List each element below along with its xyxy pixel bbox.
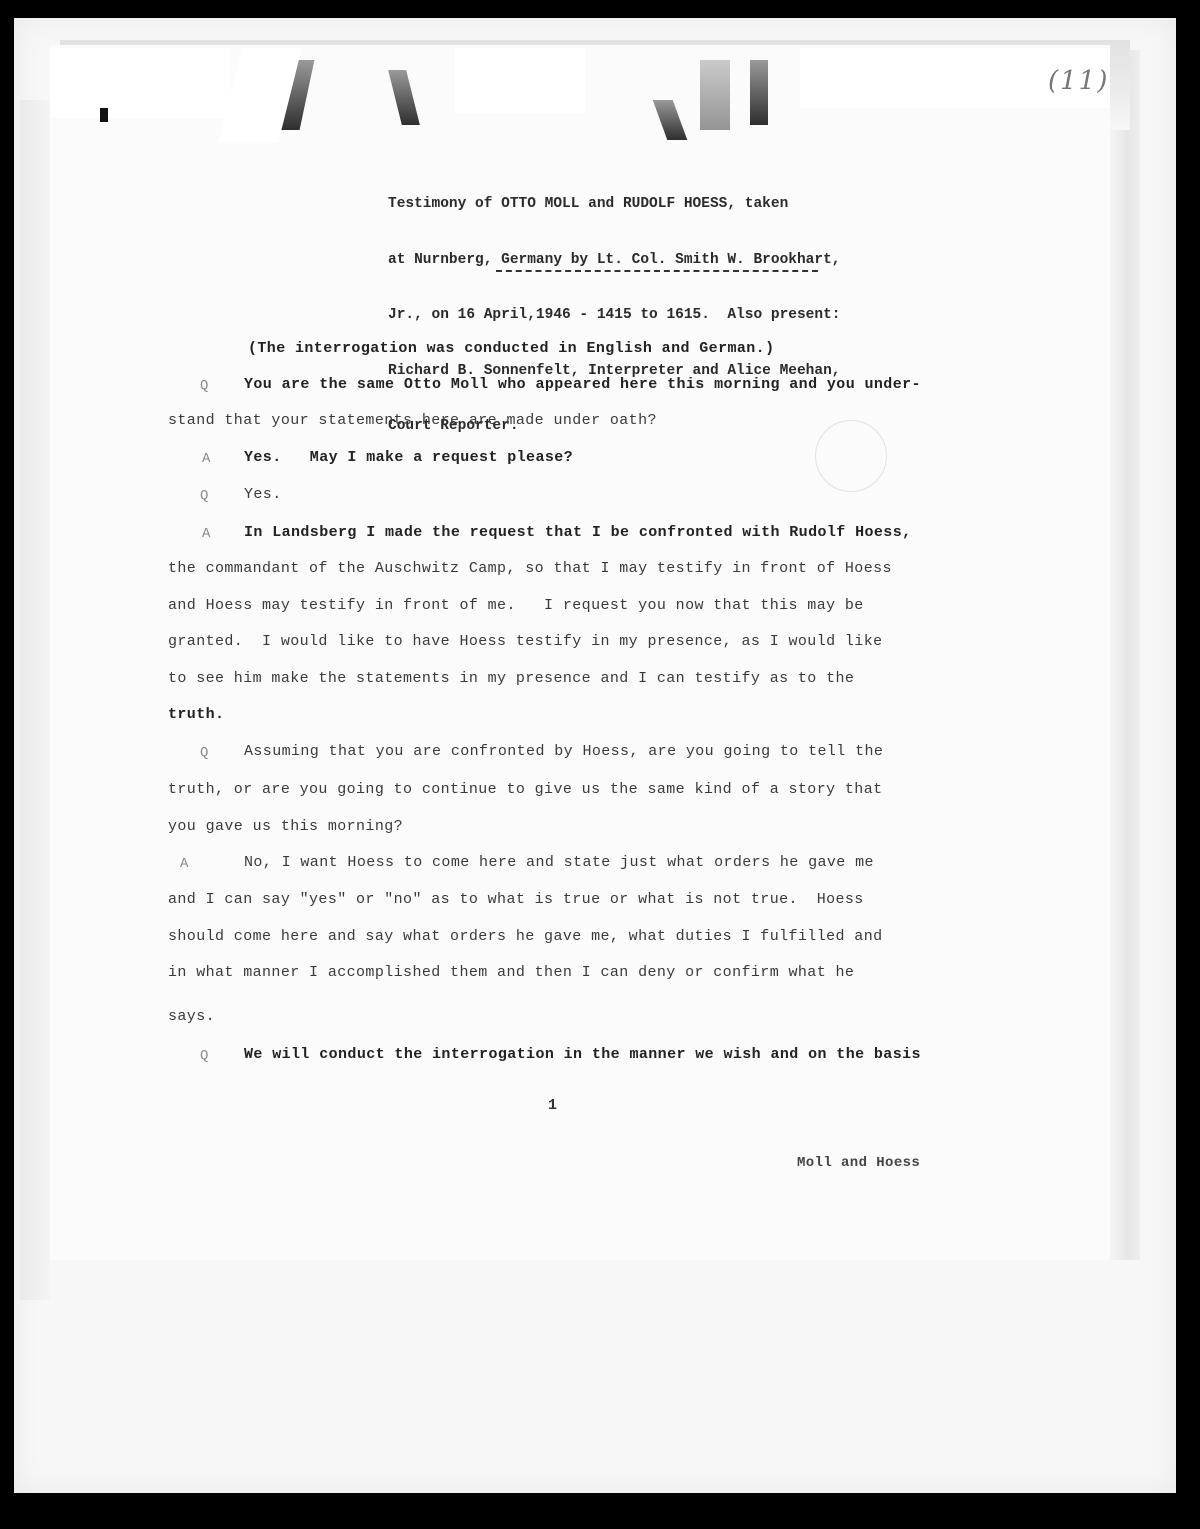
archive-stamp xyxy=(815,420,887,492)
handwritten-page-mark: (11) xyxy=(1048,66,1109,96)
speaker-label-a: A xyxy=(202,451,210,467)
speaker-label-q: Q xyxy=(200,488,208,504)
page-left-shadow xyxy=(20,100,50,1300)
transcript-line: truth. xyxy=(168,706,224,723)
transcript-line: and Hoess may testify in front of me. I … xyxy=(168,597,864,614)
torn-edge-shadow xyxy=(700,60,730,130)
transcript-line: We will conduct the interrogation in the… xyxy=(244,1046,921,1063)
footer-label: Moll and Hoess xyxy=(797,1155,920,1171)
header-line: Testimony of OTTO MOLL and RUDOLF HOESS,… xyxy=(388,195,988,214)
margin-tape-mark xyxy=(100,108,108,122)
transcript-line: You are the same Otto Moll who appeared … xyxy=(244,376,921,393)
torn-edge xyxy=(50,48,230,118)
transcript-line: the commandant of the Auschwitz Camp, so… xyxy=(168,560,892,577)
transcript-line: Yes. May I make a request please? xyxy=(244,449,573,466)
torn-edge xyxy=(455,48,585,113)
page-number: 1 xyxy=(548,1097,557,1114)
transcript-line: In Landsberg I made the request that I b… xyxy=(244,524,912,541)
transcript-line: you gave us this morning? xyxy=(168,818,403,835)
transcript-line: truth, or are you going to continue to g… xyxy=(168,781,883,798)
speaker-label-q: Q xyxy=(200,378,208,394)
transcript-line: Assuming that you are confronted by Hoes… xyxy=(244,743,883,760)
speaker-label-q: Q xyxy=(200,745,208,761)
transcript-line: stand that your statements here are made… xyxy=(168,412,657,429)
transcript-line: Yes. xyxy=(244,486,282,503)
transcript-line: in what manner I accomplished them and t… xyxy=(168,964,854,981)
speaker-label-a: A xyxy=(202,526,210,542)
intro-note: (The interrogation was conducted in Engl… xyxy=(248,340,774,357)
header-line: Jr., on 16 April,1946 - 1415 to 1615. Al… xyxy=(388,306,988,325)
speaker-label-q: Q xyxy=(200,1048,208,1064)
transcript-line: granted. I would like to have Hoess test… xyxy=(168,633,883,650)
header-separator xyxy=(496,270,818,272)
speaker-label-a: A xyxy=(180,856,188,872)
transcript-line: and I can say "yes" or "no" as to what i… xyxy=(168,891,864,908)
scan-bottom-border xyxy=(0,1493,1200,1529)
torn-edge-shadow xyxy=(750,60,768,125)
transcript-line: to see him make the statements in my pre… xyxy=(168,670,854,687)
testimony-header: Testimony of OTTO MOLL and RUDOLF HOESS,… xyxy=(388,158,988,454)
transcript-line: should come here and say what orders he … xyxy=(168,928,883,945)
page-right-shadow xyxy=(1110,50,1140,1260)
transcript-line: says. xyxy=(168,1008,215,1025)
header-line: at Nurnberg, Germany by Lt. Col. Smith W… xyxy=(388,251,988,270)
transcript-line: No, I want Hoess to come here and state … xyxy=(244,854,874,871)
